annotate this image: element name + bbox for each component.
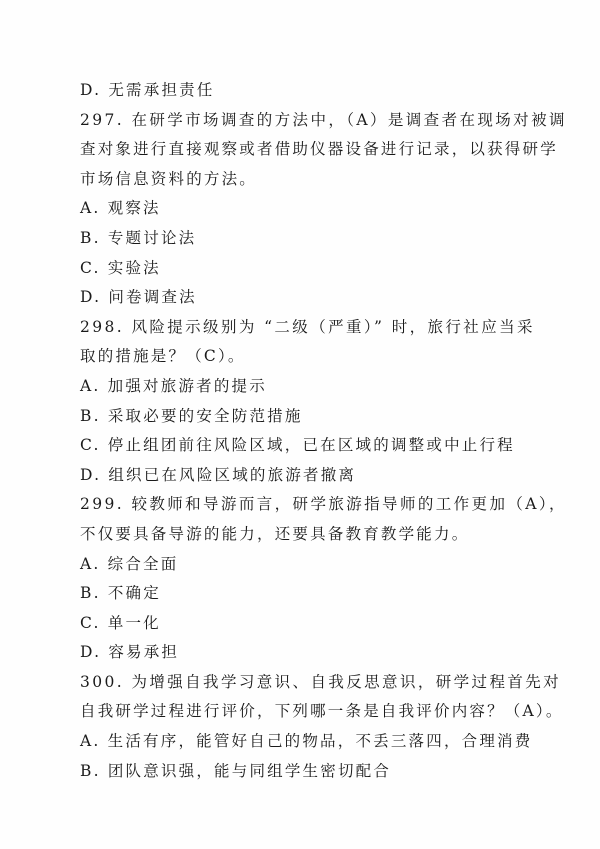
document-content: D. 无需承担责任 297. 在研学市场调查的方法中，（A）是调查者在现场对被调…	[80, 76, 530, 786]
option-b: B. 团队意识强，能与同组学生密切配合	[80, 757, 530, 787]
question-stem: 297. 在研学市场调查的方法中，（A）是调查者在现场对被调 查对象进行直接观察…	[80, 106, 530, 195]
option-text: 无需承担责任	[108, 81, 214, 99]
option-d: D. 组织已在风险区域的旅游者撤离	[80, 461, 530, 491]
question-297: 297. 在研学市场调查的方法中，（A）是调查者在现场对被调 查对象进行直接观察…	[80, 106, 530, 313]
stem-line: 300. 为增强自我学习意识、自我反思意识，研学过程首先对	[80, 668, 530, 698]
stem-line: 298. 风险提示级别为 “二级（严重）” 时，旅行社应当采	[80, 313, 530, 343]
option-b: B. 不确定	[80, 579, 530, 609]
option-b: B. 采取必要的安全防范措施	[80, 402, 530, 432]
option-a: A. 生活有序，能管好自己的物品，不丢三落四，合理消费	[80, 727, 530, 757]
stem-line: 市场信息资料的方法。	[80, 165, 530, 195]
option-d: D. 问卷调查法	[80, 283, 530, 313]
option-c: C. 实验法	[80, 254, 530, 284]
question-stem: 299. 较教师和导游而言，研学旅游指导师的工作更加（A）， 不仅要具备导游的能…	[80, 490, 530, 549]
stem-line: 299. 较教师和导游而言，研学旅游指导师的工作更加（A），	[80, 490, 530, 520]
question-stem: 298. 风险提示级别为 “二级（严重）” 时，旅行社应当采 取的措施是？（C）…	[80, 313, 530, 372]
question-299: 299. 较教师和导游而言，研学旅游指导师的工作更加（A）， 不仅要具备导游的能…	[80, 490, 530, 668]
option-a: A. 加强对旅游者的提示	[80, 372, 530, 402]
question-300: 300. 为增强自我学习意识、自我反思意识，研学过程首先对 自我研学过程进行评价…	[80, 668, 530, 786]
stem-line: 不仅要具备导游的能力，还要具备教育教学能力。	[80, 520, 530, 550]
option-d: D. 容易承担	[80, 638, 530, 668]
option-c: C. 停止组团前往风险区域，已在区域的调整或中止行程	[80, 431, 530, 461]
stem-line: 取的措施是？（C）。	[80, 342, 530, 372]
question-stem: 300. 为增强自我学习意识、自我反思意识，研学过程首先对 自我研学过程进行评价…	[80, 668, 530, 727]
option-a: A. 综合全面	[80, 550, 530, 580]
question-298: 298. 风险提示级别为 “二级（严重）” 时，旅行社应当采 取的措施是？（C）…	[80, 313, 530, 491]
option-b: B. 专题讨论法	[80, 224, 530, 254]
stem-line: 自我研学过程进行评价，下列哪一条是自我评价内容？（A）。	[80, 697, 530, 727]
option-c: C. 单一化	[80, 609, 530, 639]
document-page: D. 无需承担责任 297. 在研学市场调查的方法中，（A）是调查者在现场对被调…	[0, 0, 600, 849]
option-a: A. 观察法	[80, 194, 530, 224]
option-d-prev-question: D. 无需承担责任	[80, 76, 530, 106]
stem-line: 查对象进行直接观察或者借助仪器设备进行记录，以获得研学	[80, 135, 530, 165]
stem-line: 297. 在研学市场调查的方法中，（A）是调查者在现场对被调	[80, 106, 530, 136]
option-letter: D.	[80, 81, 101, 99]
